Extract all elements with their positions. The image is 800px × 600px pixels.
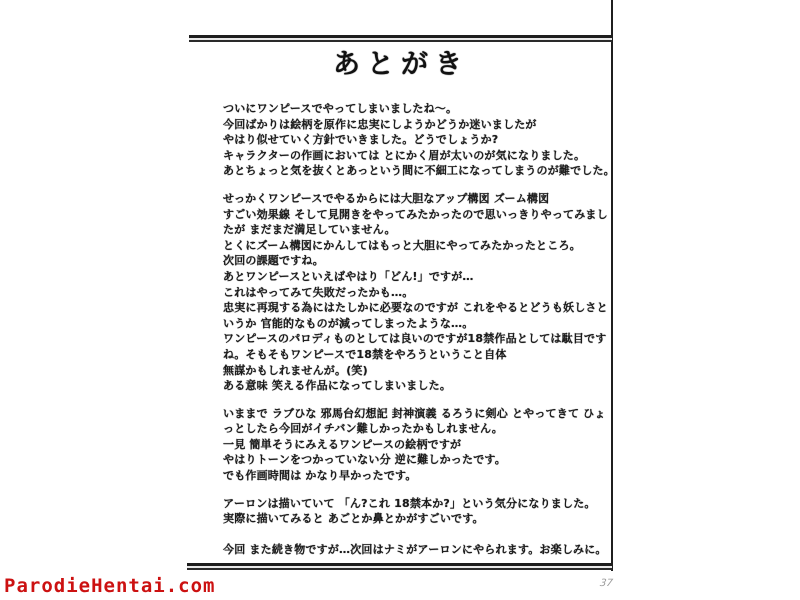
- text-line: あとちょっと気を抜くとあっという間に不細工になってしまうのが難でした。: [223, 163, 609, 179]
- paragraph: いままで ラブひな 邪馬台幻想記 封神演義 るろうに剣心 とやってきて ひょっと…: [223, 406, 609, 484]
- text-line: 実際に描いてみると あごとか鼻とかがすごいです。: [223, 511, 609, 527]
- text-line: キャラクターの作画においては とにかく眉が太いのが気になりました。: [223, 148, 609, 164]
- scanned-afterword-page: あとがき ついにワンピースでやってしまいましたね〜。今回ばかりは絵柄を原作に忠実…: [0, 0, 800, 600]
- paragraph: ついにワンピースでやってしまいましたね〜。今回ばかりは絵柄を原作に忠実にしようか…: [223, 101, 609, 179]
- paragraph: せっかくワンピースでやるからには大胆なアップ構図 ズーム構図すごい効果線 そして…: [223, 191, 609, 394]
- text-line: ワンピースのパロディものとしては良いのですが18禁作品としては駄目です: [223, 331, 609, 347]
- text-line: いうか 官能的なものが減ってしまったような…。: [223, 316, 609, 332]
- text-line: でも作画時間は かなり早かったです。: [223, 468, 609, 484]
- text-line: ね。そもそもワンピースで18禁をやろうということ自体: [223, 347, 609, 363]
- page-right-border-line: [611, 0, 613, 571]
- page-number: 37: [599, 578, 613, 589]
- title-divider-rule: [189, 35, 612, 42]
- text-line: 今回ばかりは絵柄を原作に忠実にしようかどうか迷いましたが: [223, 117, 609, 133]
- text-line: 忠実に再現する為にはたしかに必要なのですが これをやるとどうも妖しさと: [223, 300, 609, 316]
- paragraph: 今回 また続き物ですが…次回はナミがアーロンにやられます。お楽しみに。: [223, 542, 609, 558]
- text-line: あとワンピースといえばやはり「どん!」ですが…: [223, 269, 609, 285]
- text-line: 今回 また続き物ですが…次回はナミがアーロンにやられます。お楽しみに。: [223, 542, 609, 558]
- text-line: いままで ラブひな 邪馬台幻想記 封神演義 るろうに剣心 とやってきて ひょ: [223, 406, 609, 422]
- watermark-site-text: ParodieHentai.com: [4, 575, 215, 597]
- text-line: せっかくワンピースでやるからには大胆なアップ構図 ズーム構図: [223, 191, 609, 207]
- text-line: すごい効果線 そして見開きをやってみたかったので思いっきりやってみまし: [223, 207, 609, 223]
- text-line: アーロンは描いていて 「ん?これ 18禁本か?」という気分になりました。: [223, 496, 609, 512]
- page-title: あとがき: [190, 42, 612, 81]
- text-line: とくにズーム構図にかんしてはもっと大胆にやってみたかったところ。: [223, 238, 609, 254]
- bottom-divider-rule: [187, 563, 612, 570]
- paragraph: アーロンは描いていて 「ん?これ 18禁本か?」という気分になりました。実際に描…: [223, 496, 609, 527]
- text-line: 無謀かもしれませんが。(笑): [223, 363, 609, 379]
- text-line: ついにワンピースでやってしまいましたね〜。: [223, 101, 609, 117]
- afterword-text: ついにワンピースでやってしまいましたね〜。今回ばかりは絵柄を原作に忠実にしようか…: [223, 101, 609, 569]
- text-line: ある意味 笑える作品になってしまいました。: [223, 378, 609, 394]
- text-line: やはり似せていく方針でいきました。どうでしょうか?: [223, 132, 609, 148]
- text-line: 次回の課題ですね。: [223, 253, 609, 269]
- text-line: やはりトーンをつかっていない分 逆に難しかったです。: [223, 452, 609, 468]
- text-line: 一見 簡単そうにみえるワンピースの絵柄ですが: [223, 437, 609, 453]
- text-line: っとしたら今回がイチバン難しかったかもしれません。: [223, 421, 609, 437]
- text-line: たが まだまだ満足していません。: [223, 222, 609, 238]
- text-line: これはやってみて失敗だったかも…。: [223, 285, 609, 301]
